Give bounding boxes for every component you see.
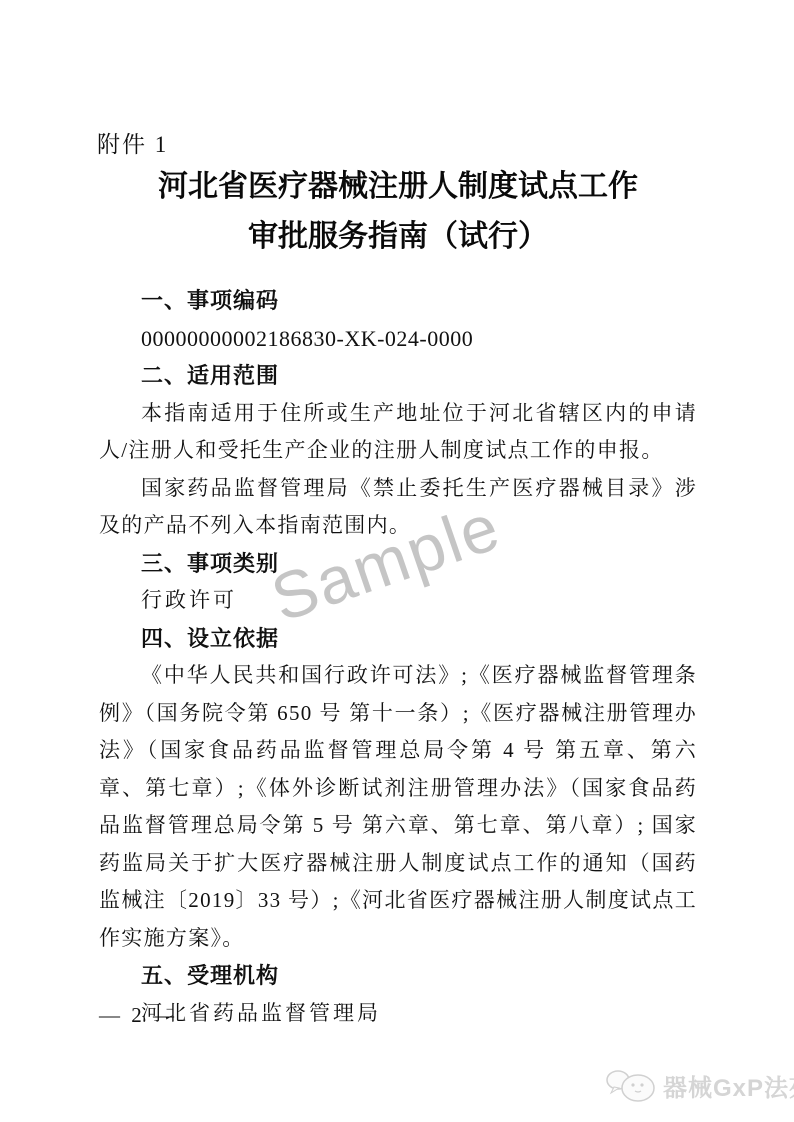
section-heading: 三、事项类别 [99, 545, 697, 583]
section-heading: 一、事项编码 [99, 282, 697, 320]
section-heading: 五、受理机构 [99, 957, 697, 995]
chat-bubbles-mascot-icon [604, 1065, 658, 1105]
paragraph: 河北省药品监督管理局 [99, 995, 697, 1033]
brand-text: 器械GxP法苑 [663, 1068, 794, 1103]
document-title: 河北省医疗器械注册人制度试点工作 审批服务指南（试行） [99, 162, 697, 262]
title-line-1: 河北省医疗器械注册人制度试点工作 [158, 170, 638, 203]
paragraph: 行政许可 [99, 582, 697, 620]
brand-watermark: 器械GxP法苑 [604, 1065, 794, 1105]
page-number: — 2 — [99, 1003, 177, 1028]
section-heading: 二、适用范围 [99, 357, 697, 395]
item-code: 00000000002186830-XK-024-0000 [99, 320, 697, 358]
paragraph: 本指南适用于住所或生产地址位于河北省辖区内的申请人/注册人和受托生产企业的注册人… [99, 395, 697, 470]
document-page: 附件 1 河北省医疗器械注册人制度试点工作 审批服务指南（试行） 一、事项编码0… [0, 0, 794, 1122]
paragraph: 国家药品监督管理局《禁止委托生产医疗器械目录》涉及的产品不列入本指南范围内。 [99, 470, 697, 545]
section-heading: 四、设立依据 [99, 620, 697, 658]
title-line-2: 审批服务指南（试行） [248, 220, 548, 253]
attachment-label: 附件 1 [97, 126, 168, 159]
paragraph: 《中华人民共和国行政许可法》;《医疗器械监督管理条例》（国务院令第 650 号 … [99, 657, 697, 957]
document-body: 一、事项编码00000000002186830-XK-024-0000二、适用范… [99, 282, 697, 1032]
